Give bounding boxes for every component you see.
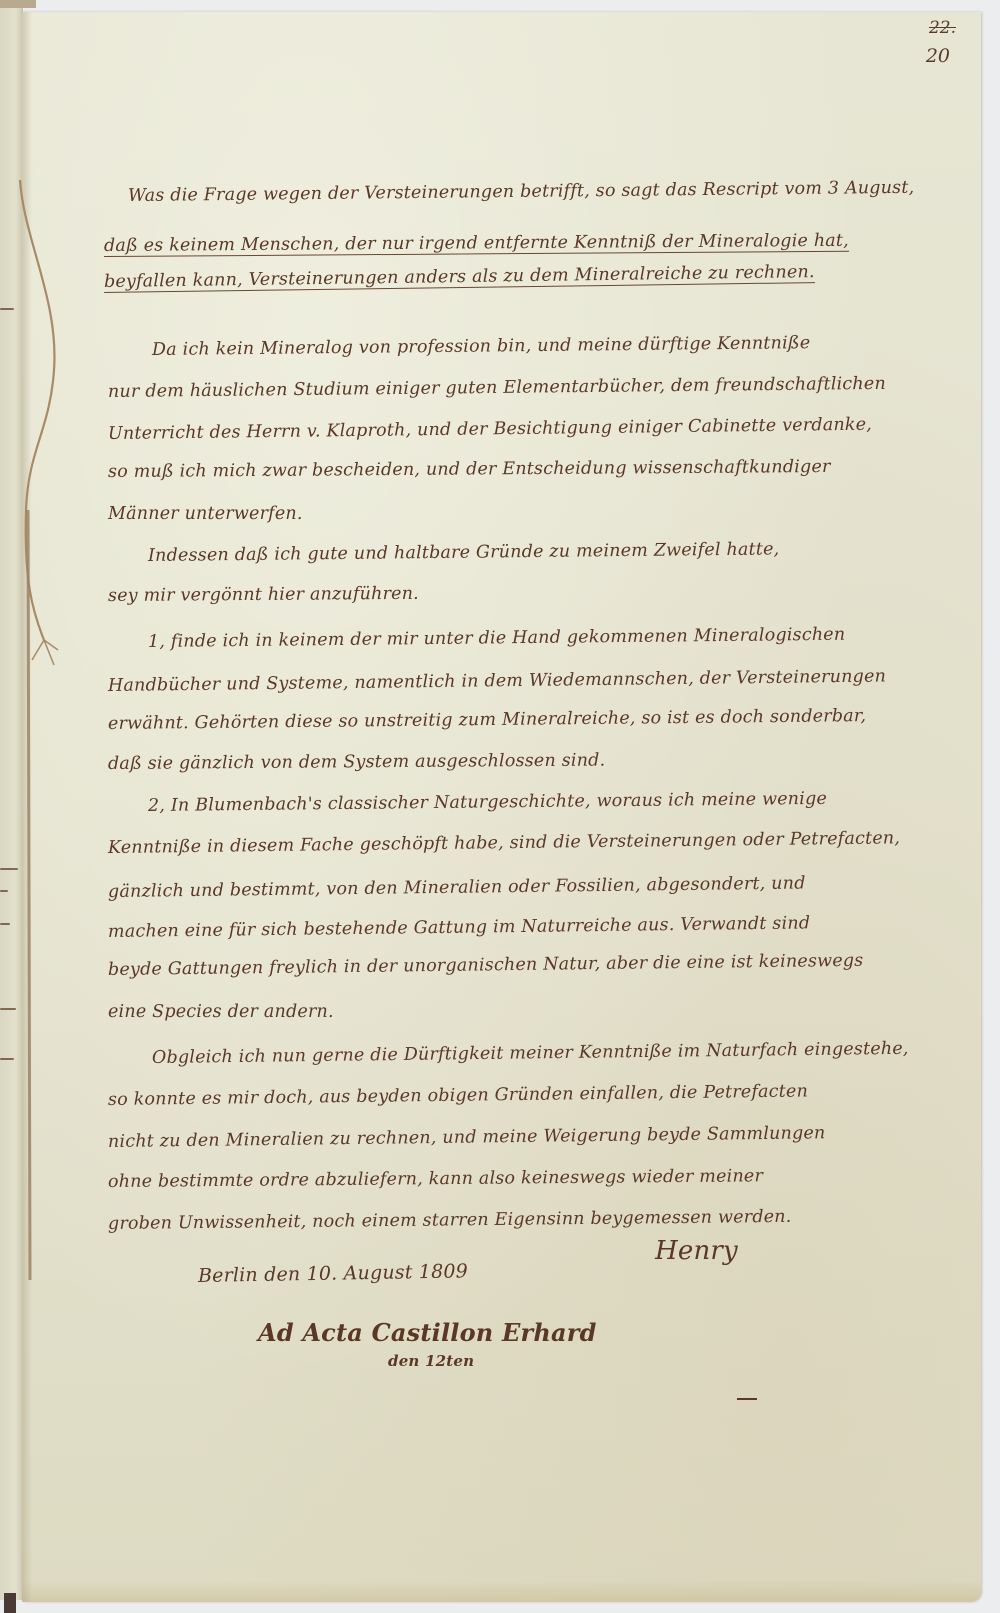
binding-corner [4, 1593, 16, 1613]
previous-page-edge [0, 8, 23, 1600]
manuscript-line: eine Species der andern. [108, 1002, 334, 1022]
manuscript-line: daß sie gänzlich von dem System ausgesch… [108, 751, 605, 774]
closing-dash [737, 1398, 757, 1400]
endorsement-date: den 12ten [388, 1352, 474, 1370]
dateline: Berlin den 10. August 1809 [198, 1260, 468, 1287]
struck-folio-number: 22. [929, 18, 956, 38]
gutter-shadow [22, 12, 32, 1602]
folio-number: 20 [926, 45, 950, 67]
manuscript-line: sey mir vergönnt hier anzuführen. [108, 584, 419, 606]
previous-page-ink-marks [0, 8, 22, 1600]
endorsement-ad-acta: Ad Acta Castillon Erhard [258, 1318, 597, 1347]
backdrop-strip [0, 0, 36, 8]
manuscript-line: Männer unterwerfen. [108, 504, 303, 524]
signature-henry: Henry [655, 1236, 738, 1266]
